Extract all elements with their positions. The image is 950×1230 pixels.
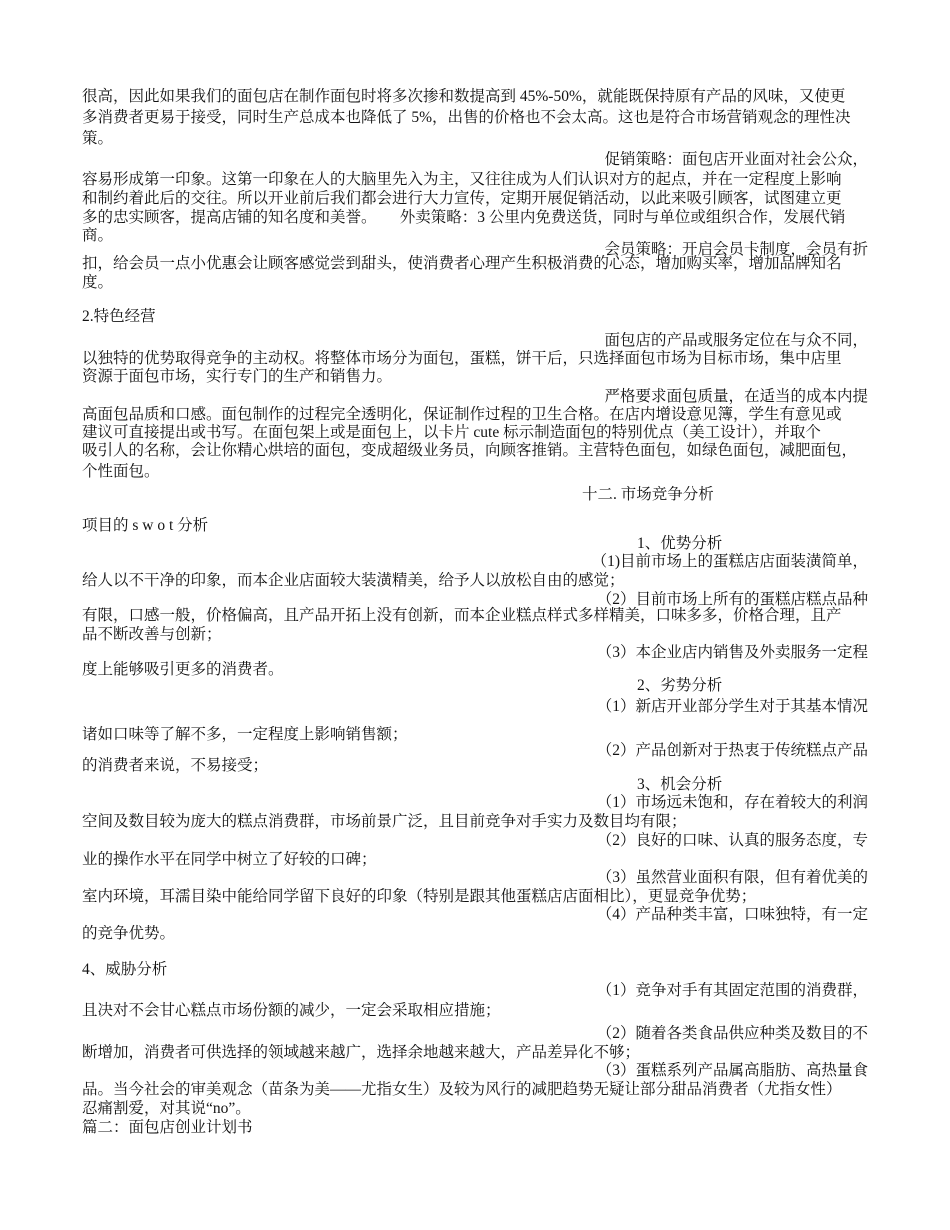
text-line: 建议可直接提出或书写。在面包架上或是面包上，以卡片 cute 标示制造面包的特别… <box>82 423 821 442</box>
text-line: （2）随着各类食品供应种类及数目的不 <box>597 1024 868 1043</box>
text-line: 严格要求面包质量，在适当的成本内提 <box>604 387 868 406</box>
text-line: 度。 <box>82 273 113 292</box>
text-line: 忍痛割爱，对其说“no”。 <box>82 1099 251 1118</box>
text-line: 篇二：面包店创业计划书 <box>82 1118 253 1137</box>
text-line: 资源于面包市场，实行专门的生产和销售力。 <box>82 367 392 386</box>
text-line: 且决对不会甘心糕点市场份额的减少，一定会采取相应措施； <box>82 1001 501 1020</box>
text-line: 室内环境，耳濡目染中能给同学留下良好的印象（特别是跟其他蛋糕店店面相比），更显竞… <box>82 887 756 906</box>
text-line: （2）良好的口味、认真的服务态度，专 <box>597 831 868 850</box>
text-line: 2.特色经营 <box>82 307 156 326</box>
text-line: 多消费者更易于接受，同时生产总成本也降低了 5%，出售的价格也不会太高。这也是符… <box>82 108 851 127</box>
document-page: 很高，因此如果我们的面包店在制作面包时将多次掺和数提高到 45%-50%，就能既… <box>0 0 950 1230</box>
text-line: 4、威胁分析 <box>82 960 167 979</box>
text-line: 3、机会分析 <box>637 775 722 794</box>
text-line: （3）本企业店内销售及外卖服务一定程 <box>597 643 868 662</box>
text-line: 促销策略：面包店开业面对社会公众， <box>604 150 868 169</box>
text-line: 很高，因此如果我们的面包店在制作面包时将多次掺和数提高到 45%-50%，就能既… <box>82 87 845 106</box>
text-line: 扣，给会员一点小优惠会让顾客感觉尝到甜头，使消费者心理产生积极消费的心态，增加购… <box>82 254 842 273</box>
text-line: 的竞争优势。 <box>82 924 175 943</box>
text-line: 空间及数目较为庞大的糕点消费群，市场前景广泛，且目前竞争对手实力及数目均有限； <box>82 812 687 831</box>
text-line: 断增加，消费者可供选择的领域越来越广，选择余地越来越大，产品差异化不够； <box>82 1043 640 1062</box>
text-line: （1）新店开业部分学生对于其基本情况 <box>597 697 868 716</box>
text-line: （4）产品种类丰富，口味独特，有一定 <box>597 905 868 924</box>
text-line: 的消费者来说，不易接受； <box>82 756 268 775</box>
text-line: （2）产品创新对于热衷于传统糕点产品 <box>597 741 868 760</box>
text-line: 业的操作水平在同学中树立了好较的口碑； <box>82 850 377 869</box>
text-line: 策。 <box>82 129 113 148</box>
text-line: 度上能够吸引更多的消费者。 <box>82 660 284 679</box>
text-line: 品。当今社会的审美观念（苗条为美——尤指女生）及较为风行的减肥趋势无疑让部分甜品… <box>82 1080 842 1099</box>
text-line: 和制约着此后的交往。所以开业前后我们都会进行大力宣传，定期开展促销活动，以此来吸… <box>82 189 842 208</box>
text-line: 高面包品质和口感。面包制作的过程完全透明化，保证制作过程的卫生合格。在店内增设意… <box>82 405 842 424</box>
text-line: （1）竞争对手有其固定范围的消费群， <box>597 981 868 1000</box>
text-line: 诸如口味等了解不多，一定程度上影响销售额； <box>82 725 408 744</box>
text-line: 2、劣势分析 <box>637 676 722 695</box>
text-line: 有限，口感一般，价格偏高，且产品开拓上没有创新，而本企业糕点样式多样精美，口味多… <box>82 606 842 625</box>
text-line: 品不断改善与创新； <box>82 625 222 644</box>
text-line: 商。 <box>82 226 113 245</box>
text-line: 多的忠实顾客，提高店铺的知名度和美誉。 外卖策略：3 公里内免费送货，同时与单位… <box>82 208 845 227</box>
text-line: 十二. 市场竞争分析 <box>582 485 714 504</box>
text-line: 以独特的优势取得竞争的主动权。将整体市场分为面包，蛋糕，饼干后，只选择面包市场为… <box>82 349 842 368</box>
text-line: （1)目前市场上的蛋糕店店面装潢简单， <box>592 552 868 571</box>
text-line: 1、优势分析 <box>637 534 722 553</box>
text-line: （3）虽然营业面积有限，但有着优美的 <box>597 868 868 887</box>
text-line: 吸引人的名称，会让你精心烘培的面包，变成超级业务员，向顾客推销。主营特色面包，如… <box>82 441 857 460</box>
text-line: 面包店的产品或服务定位在与众不同， <box>604 331 868 350</box>
text-line: 项目的 s w o t 分析 <box>82 516 208 535</box>
text-line: （1）市场远未饱和，存在着较大的利润 <box>597 793 868 812</box>
text-line: 个性面包。 <box>82 462 160 481</box>
text-line: （3）蛋糕系列产品属高脂肪、高热量食 <box>597 1061 868 1080</box>
text-line: 容易形成第一印象。这第一印象在人的大脑里先入为主，又往往成为人们认识对方的起点，… <box>82 170 842 189</box>
text-line: 给人以不干净的印象，而本企业店面较大装潢精美，给予人以放松自由的感觉； <box>82 571 625 590</box>
